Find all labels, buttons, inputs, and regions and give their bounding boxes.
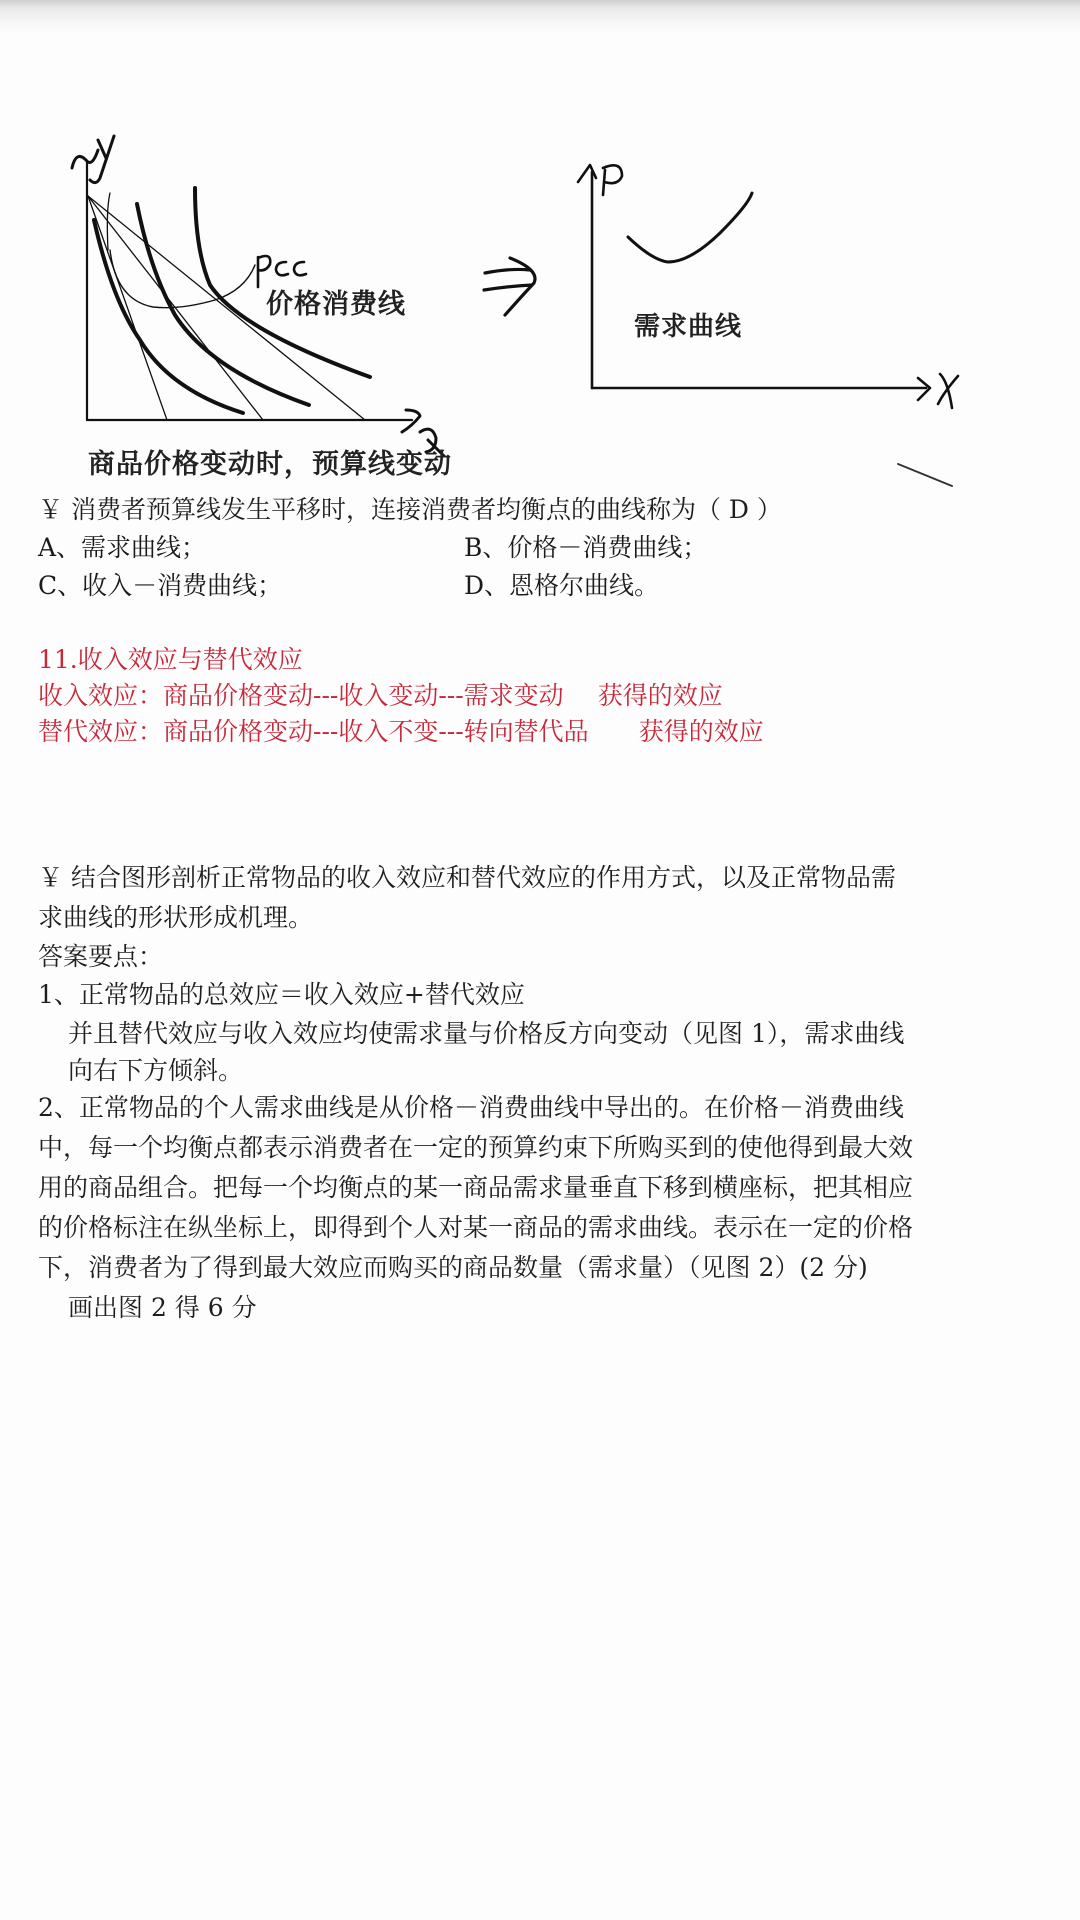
- mcq-option-d: D、恩格尔曲线。: [464, 568, 659, 604]
- stray-pen-mark: [898, 464, 952, 486]
- section11-title: 11.收入效应与替代效应: [38, 642, 303, 678]
- figure2-demand-curve: [628, 193, 752, 262]
- figure1-pcc-chinese-label: 价格消费线: [266, 282, 406, 321]
- answer-point2-line1: 2、正常物品的个人需求曲线是从价格－消费曲线中导出的。在价格－消费曲线: [38, 1090, 904, 1126]
- figure1-pcc-curve: [110, 250, 255, 308]
- income-effect-definition: 收入效应：商品价格变动---收入变动---需求变动: [38, 681, 564, 710]
- implies-arrow-icon: [484, 258, 535, 315]
- question2-line1: ￥ 结合图形剖析正常物品的收入效应和替代效应的作用方式，以及正常物品需: [38, 860, 896, 896]
- answer-point1-line1: 并且替代效应与收入效应均使需求量与价格反方向变动（见图 1），需求曲线: [68, 1016, 904, 1052]
- answer-point2-line2: 中，每一个均衡点都表示消费者在一定的预算约束下所购买到的使他得到最大效: [38, 1130, 913, 1166]
- answer-point1-line2: 向右下方倾斜。: [68, 1053, 243, 1089]
- mcq-question: ￥ 消费者预算线发生平移时，连接消费者均衡点的曲线称为（ D ）: [38, 492, 782, 528]
- score-note: 画出图 2 得 6 分: [68, 1290, 257, 1326]
- question2-line2: 求曲线的形状形成机理。: [38, 900, 313, 936]
- substitution-effect-suffix: 获得的效应: [639, 717, 764, 746]
- answer-heading: 答案要点：: [38, 939, 163, 975]
- answer-point2-line5: 下，消费者为了得到最大效应而购买的商品数量（需求量）（见图 2）(2 分): [38, 1250, 868, 1286]
- hand-drawn-diagrams: [0, 0, 1080, 500]
- section11-substitution-effect: 替代效应：商品价格变动---收入不变---转向替代品获得的效应: [38, 714, 764, 750]
- section11-income-effect: 收入效应：商品价格变动---收入变动---需求变动获得的效应: [38, 678, 723, 714]
- mcq-option-b: B、价格－消费曲线；: [464, 530, 707, 566]
- mcq-option-a: A、需求曲线；: [38, 530, 206, 566]
- figure2-caption: 需求曲线: [634, 306, 742, 343]
- figures-area: 价格消费线 商品价格变动时，预算线变动 需求曲线: [0, 0, 1080, 500]
- answer-point2-line3: 用的商品组合。把每一个均衡点的某一商品需求量垂直下移到横座标，把其相应: [38, 1170, 913, 1206]
- figure2-axes: [578, 165, 958, 408]
- income-effect-suffix: 获得的效应: [598, 681, 723, 710]
- mcq-option-c: C、收入－消费曲线；: [38, 568, 282, 604]
- figure1-caption: 商品价格变动时，预算线变动: [88, 442, 452, 481]
- answer-point1-title: 1、正常物品的总效应＝收入效应+替代效应: [38, 977, 525, 1013]
- substitution-effect-definition: 替代效应：商品价格变动---收入不变---转向替代品: [38, 717, 589, 746]
- answer-point2-line4: 的价格标注在纵坐标上，即得到个人对某一商品的需求曲线。表示在一定的价格: [38, 1210, 913, 1246]
